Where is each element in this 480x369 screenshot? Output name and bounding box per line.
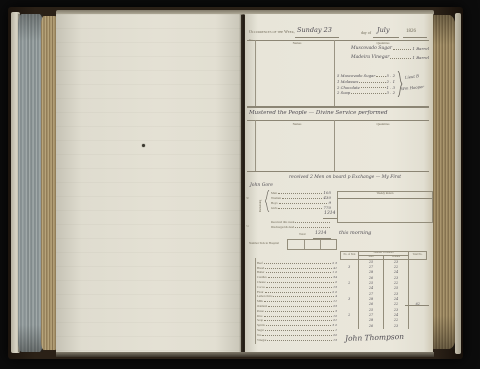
issue-item-name: 5 Muscovado Sugar <box>337 74 375 78</box>
receipt-item-name: Madeira Vinegar <box>351 56 389 61</box>
muster-subtotal: 1314 <box>324 212 335 217</box>
minutes-line-1: received 2 Men on board p Exchange — My … <box>289 176 401 181</box>
muster-rows: Men 105 Women 430 Boys 9 Girls <box>271 190 331 210</box>
page-edges-right-tan <box>433 15 456 349</box>
receipt-line: Madeira Vinegar 1 Barrel <box>351 51 429 60</box>
top-table-col-names: Names <box>280 42 314 45</box>
provisions-margin-line <box>255 258 256 344</box>
dotted-leader <box>273 296 334 297</box>
receipt-item-qty: 1 Barrel <box>412 47 429 51</box>
sick-cell-divider-1 <box>304 240 305 249</box>
page-edges-left-blue <box>18 14 43 352</box>
victualling-header: No. of Sick Number Victualled Total No. … <box>341 252 427 260</box>
victualling-sick-cell <box>341 324 359 329</box>
dotted-leader <box>282 198 323 199</box>
margin-mark-1: 30 <box>246 198 249 201</box>
muster-second-row-label: Received this week <box>271 221 294 224</box>
header-day-of: day of <box>361 31 371 35</box>
dotted-leader <box>264 263 332 264</box>
dotted-leader <box>262 335 332 336</box>
provision-qty: 12 <box>333 315 337 318</box>
margin-mark-2: 31 <box>246 226 249 229</box>
provision-name: Milk <box>257 300 263 303</box>
brace-left-icon <box>265 190 270 212</box>
provision-name: Soap <box>257 319 263 322</box>
dotted-leader <box>266 287 333 288</box>
provision-qty: 11 <box>333 300 337 303</box>
receipt-item-name: Muscovado Sugar <box>351 47 392 52</box>
signature-handwritten: John Thompson <box>345 333 404 343</box>
muster-row: Girls 770 <box>271 205 331 210</box>
mid-table-col-quantities: Quantities <box>365 123 401 126</box>
provision-qty: 1 2 <box>332 271 337 274</box>
provision-qty: 22 <box>333 334 337 337</box>
header-year: 1826 <box>406 29 416 34</box>
dotted-leader <box>359 82 385 83</box>
divider-rule-1 <box>247 106 429 107</box>
provision-qty: 3 <box>335 310 337 313</box>
dotted-leader <box>393 49 411 50</box>
issue-item-qty: 5 . 2 <box>387 74 395 78</box>
provision-name: Beef <box>257 262 263 265</box>
provision-name: Cocoa <box>257 286 265 289</box>
provision-name: Sugar <box>257 329 264 332</box>
dotted-leader <box>266 325 331 326</box>
receipt-entries: Muscovado Sugar 1 Barrel Madeira Vinegar… <box>351 42 429 60</box>
muster-row-value: 770 <box>323 206 331 210</box>
brace-right-icon <box>397 71 403 97</box>
provision-qty: 21 <box>333 319 337 322</box>
provision-qty: 1 <box>335 329 337 332</box>
dotted-leader <box>264 301 332 302</box>
provision-qty: 2 <box>335 281 337 284</box>
total-62-rule <box>405 305 429 306</box>
victualling-table-wrap: No. of Sick Number Victualled Total No. … <box>340 251 427 329</box>
weekly-return-box: Weekly Return <box>337 191 433 223</box>
total-rule <box>313 238 331 239</box>
provision-name: Bread <box>257 267 264 270</box>
mid-table-margin-line <box>255 120 256 171</box>
issue-item-qty: 2 . 1 <box>387 80 395 84</box>
weekly-return-header-rule <box>338 198 432 199</box>
issue-item-name: 2 Soap <box>337 91 350 95</box>
dotted-leader <box>295 222 330 223</box>
victualling-leftcol-header: No. of Sick <box>341 252 359 260</box>
victualling-body: 25 23 3 27 22 <box>341 259 427 329</box>
dotted-leader <box>279 203 328 204</box>
dotted-leader <box>267 340 332 341</box>
provision-name: Flour <box>257 291 264 294</box>
issue-entries: 5 Muscovado Sugar 5 . 2 1 Molasses 2 . 1… <box>337 72 395 95</box>
total-value: 1314 <box>315 232 326 237</box>
provision-qty: 4 <box>335 295 337 298</box>
provision-qty: 3 2 <box>332 324 337 327</box>
provision-name: Candles <box>257 276 267 279</box>
divider-rule-2 <box>247 107 429 108</box>
column-divider-top-table <box>334 40 335 106</box>
receipt-line: Muscovado Sugar 1 Barrel <box>351 42 429 51</box>
provision-name: Oatmeal <box>257 305 267 308</box>
victualling-table: No. of Sick Number Victualled Total No. … <box>340 251 427 329</box>
provision-name: Tea <box>257 334 261 337</box>
dotted-leader <box>278 193 323 194</box>
total-note-handwritten: this morning <box>339 231 371 236</box>
provision-name: Vinegar <box>257 339 266 342</box>
muster-group-label: Remaining <box>260 200 263 212</box>
dotted-leader <box>268 306 332 307</box>
dotted-leader <box>265 330 334 331</box>
dotted-leader <box>265 311 334 312</box>
header-rule <box>247 40 429 41</box>
issue-line: 5 Muscovado Sugar 5 . 2 <box>337 72 395 78</box>
issue-item-qty: 3 . 2 <box>387 91 395 95</box>
underline-day <box>295 37 339 38</box>
victualling-total-cell <box>409 324 427 329</box>
provision-qty: 13 <box>333 339 337 342</box>
provision-qty: 2 2 <box>332 291 337 294</box>
subtotal-rule <box>323 218 337 219</box>
provision-name: Butter <box>257 271 265 274</box>
dotted-leader <box>265 268 332 269</box>
photograph-background: No. Occurrences of the Week, Sunday 23 d… <box>0 0 480 369</box>
dotted-leader <box>266 272 332 273</box>
issue-note-1: Lieut B <box>405 74 419 79</box>
dotted-leader <box>264 316 333 317</box>
sick-strip-label: Number Sick in Hospital <box>249 242 279 245</box>
provision-name: Pease <box>257 310 264 313</box>
issue-item-name: 2 Chocolate <box>337 86 360 90</box>
weekly-return-label: Weekly Return <box>338 193 432 196</box>
mid-table-column-divider <box>334 120 335 171</box>
muster-second-row-label: Discharged & dead <box>271 226 294 229</box>
right-board-edge <box>455 13 461 354</box>
paper-showthrough <box>56 14 241 352</box>
muster-row-label: Women <box>271 197 281 200</box>
dotted-leader <box>295 227 330 228</box>
dotted-leader <box>361 87 386 88</box>
victualling-total-header: Total No. <box>409 252 427 260</box>
issue-item-qty: 1 . 3 <box>387 86 395 90</box>
receipt-item-qty: 1 Barrel <box>412 56 429 60</box>
provision-qty: 2 3 <box>332 262 337 265</box>
muster-row-label: Girls <box>271 207 277 210</box>
mid-table-bottom-rule <box>247 171 429 172</box>
left-page-blank <box>56 14 241 352</box>
remark-line-handwritten: Mustered the People — Divine Service per… <box>249 111 387 117</box>
dotted-leader <box>267 282 334 283</box>
issue-line: 2 Soap 3 . 2 <box>337 89 395 95</box>
provision-qty: 23 <box>333 305 337 308</box>
underline-month <box>373 37 399 38</box>
muster-row-label: Boys <box>271 202 278 205</box>
dotted-leader <box>278 208 322 209</box>
page-edges-bottom <box>56 352 434 357</box>
ink-blot <box>142 144 145 147</box>
provision-qty: 13 <box>333 286 337 289</box>
muster-second-rows: Received this week Discharged & dead <box>271 219 331 229</box>
header-day-handwritten: Sunday 23 <box>297 27 332 34</box>
issue-item-name: 1 Molasses <box>337 80 358 84</box>
dotted-leader <box>376 76 385 77</box>
issue-note-2: Wm Hooper <box>401 85 424 91</box>
muster-row-label: Men <box>271 192 277 195</box>
header-month-handwritten: July <box>377 27 390 34</box>
muster-second-row: Discharged & dead <box>271 224 331 229</box>
underline-year <box>403 37 427 38</box>
provision-name: Lemon Juice <box>257 295 272 298</box>
provisions-list: Beef 2 3 Bread 41 Butter 1 2 Can <box>257 260 337 342</box>
dotted-leader <box>265 292 332 293</box>
mid-table-top-rule <box>247 120 429 121</box>
mid-table-col-names: Names <box>280 123 314 126</box>
victualling-men-cell: 26 <box>359 324 384 329</box>
dotted-leader <box>390 58 411 59</box>
provision-row: Vinegar 13 <box>257 337 337 342</box>
margin-line-top-table <box>255 40 256 106</box>
dotted-leader <box>351 93 385 94</box>
dotted-leader <box>264 320 332 321</box>
provision-name: Rice <box>257 315 263 318</box>
minutes-line-2: John Gore <box>250 184 273 189</box>
victualling-women-cell: 23 <box>384 324 409 329</box>
sick-cell-divider-2 <box>320 240 321 249</box>
right-page-ledger: No. Occurrences of the Week, Sunday 23 d… <box>245 14 433 352</box>
dotted-leader <box>268 277 333 278</box>
provision-qty: 34 <box>333 276 337 279</box>
header-printed-prefix: Occurrences of the Week, <box>249 30 295 34</box>
provision-qty: 41 <box>333 267 337 270</box>
provision-name: Spirits <box>257 324 265 327</box>
provision-name: Cheese <box>257 281 266 284</box>
victualling-row: 26 23 <box>341 324 427 329</box>
sick-strip-cells <box>287 239 337 250</box>
total-label: Total <box>299 233 306 236</box>
